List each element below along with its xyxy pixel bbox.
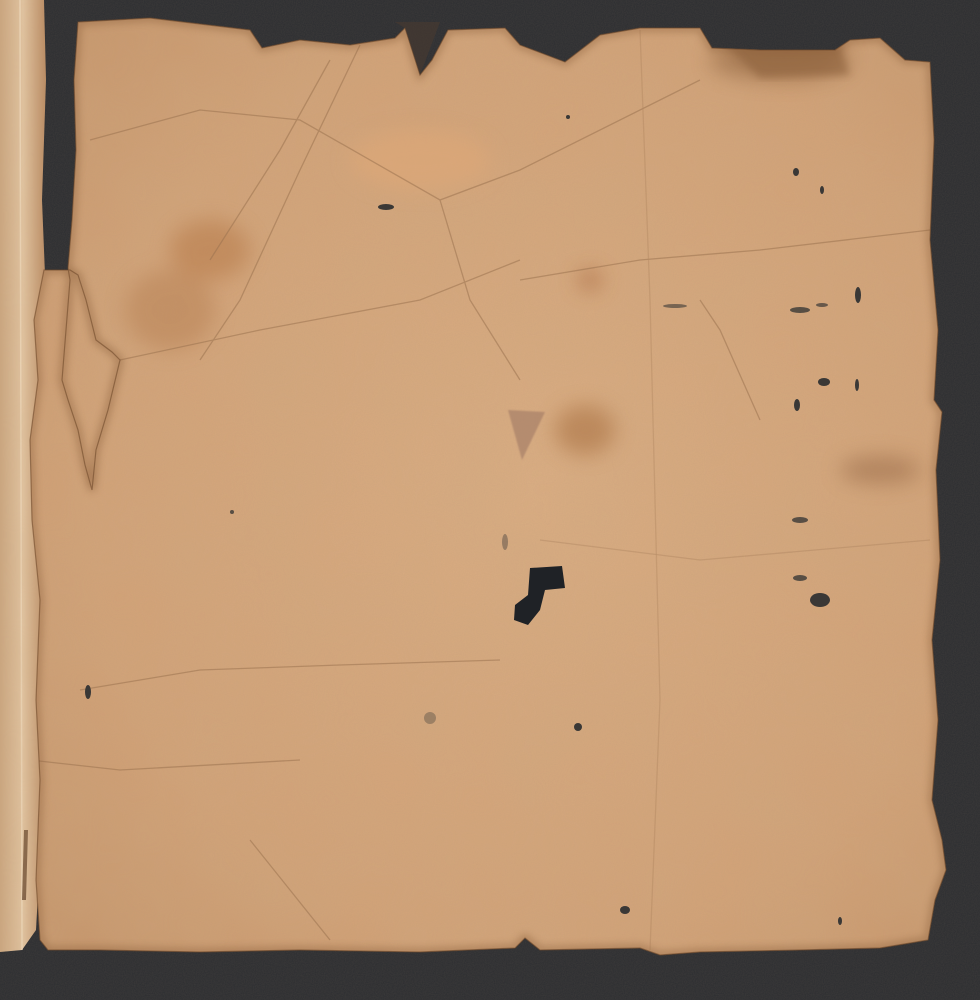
paper-leaf-illustration	[0, 0, 980, 1000]
paper-leaf	[0, 0, 980, 1000]
photo-scene: Blank aged paper fragment	[0, 0, 980, 1000]
